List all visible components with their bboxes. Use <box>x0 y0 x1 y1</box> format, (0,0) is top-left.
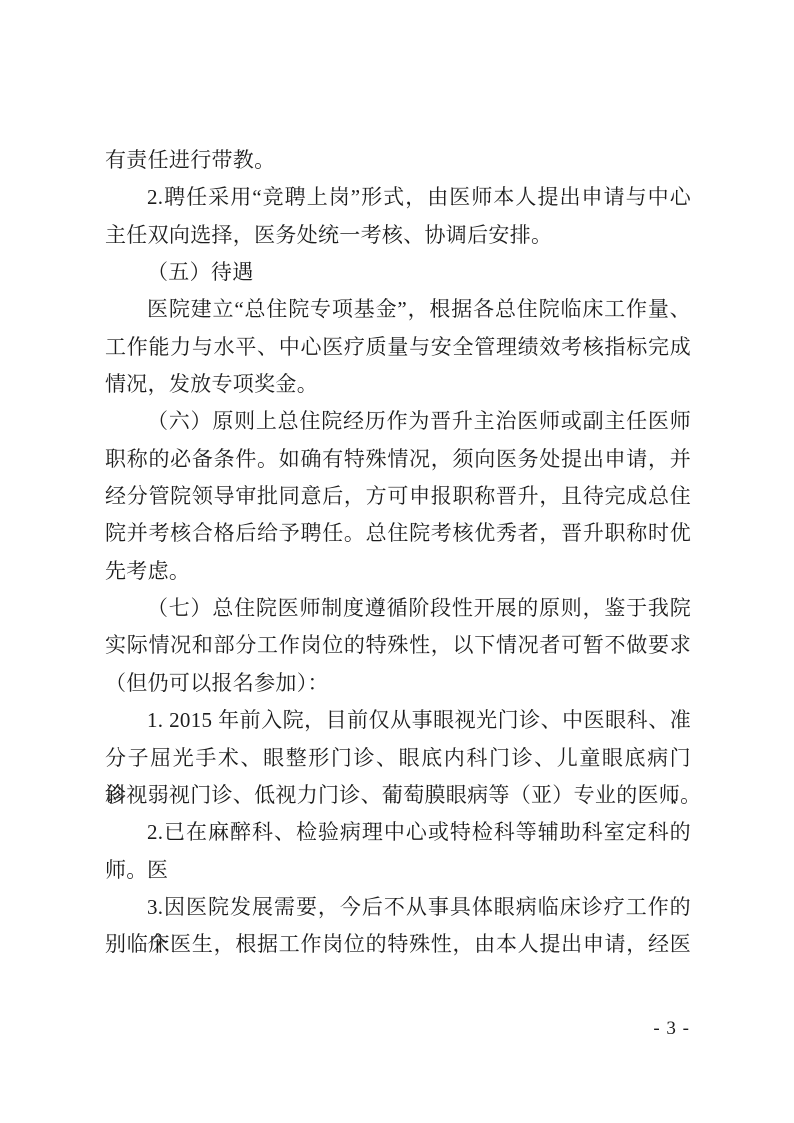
text-line: 经分管院领导审批同意后，方可申报职称晋升，且待完成总住 <box>105 478 691 515</box>
text-line: 先考虑。 <box>105 553 691 590</box>
text-line: 有责任进行带教。 <box>105 142 691 179</box>
text-line: 情况，发放专项奖金。 <box>105 366 691 403</box>
text-line: 1. 2015 年前入院，目前仅从事眼视光门诊、中医眼科、准 <box>105 702 691 739</box>
text-line: 工作能力与水平、中心医疗质量与安全管理绩效考核指标完成 <box>105 329 691 366</box>
text-line: 院并考核合格后给予聘任。总住院考核优秀者，晋升职称时优 <box>105 515 691 552</box>
text-line: 医院建立“总住院专项基金”，根据各总住院临床工作量、 <box>105 291 691 328</box>
text-line: 2.聘任采用“竞聘上岗”形式，由医师本人提出申请与中心 <box>105 179 691 216</box>
page-number: - 3 - <box>653 1017 690 1041</box>
text-line: （六）原则上总住院经历作为晋升主治医师或副主任医师 <box>105 403 691 440</box>
text-line: 2.已在麻醉科、检验病理中心或特检科等辅助科室定科的医 <box>105 814 691 851</box>
text-line: 分子屈光手术、眼整形门诊、眼底内科门诊、儿童眼底病门诊、 <box>105 740 691 777</box>
document-body: 有责任进行带教。2.聘任采用“竞聘上岗”形式，由医师本人提出申请与中心主任双向选… <box>105 142 691 964</box>
text-line: （七）总住院医师制度遵循阶段性开展的原则，鉴于我院 <box>105 590 691 627</box>
text-line: （五）待遇 <box>105 254 691 291</box>
text-line: 别临床医生，根据工作岗位的特殊性，由本人提出申请，经医 <box>105 926 691 963</box>
text-line: 师。 <box>105 852 691 889</box>
text-line: 职称的必备条件。如确有特殊情况，须向医务处提出申请，并 <box>105 441 691 478</box>
text-line: 实际情况和部分工作岗位的特殊性，以下情况者可暂不做要求 <box>105 627 691 664</box>
text-line: 3.因医院发展需要，今后不从事具体眼病临床诊疗工作的个 <box>105 889 691 926</box>
text-line: 斜视弱视门诊、低视力门诊、葡萄膜眼病等（亚）专业的医师。 <box>105 777 691 814</box>
document-page: 有责任进行带教。2.聘任采用“竞聘上岗”形式，由医师本人提出申请与中心主任双向选… <box>0 0 794 1123</box>
text-line: 主任双向选择，医务处统一考核、协调后安排。 <box>105 217 691 254</box>
text-line: （但仍可以报名参加）： <box>105 665 691 702</box>
